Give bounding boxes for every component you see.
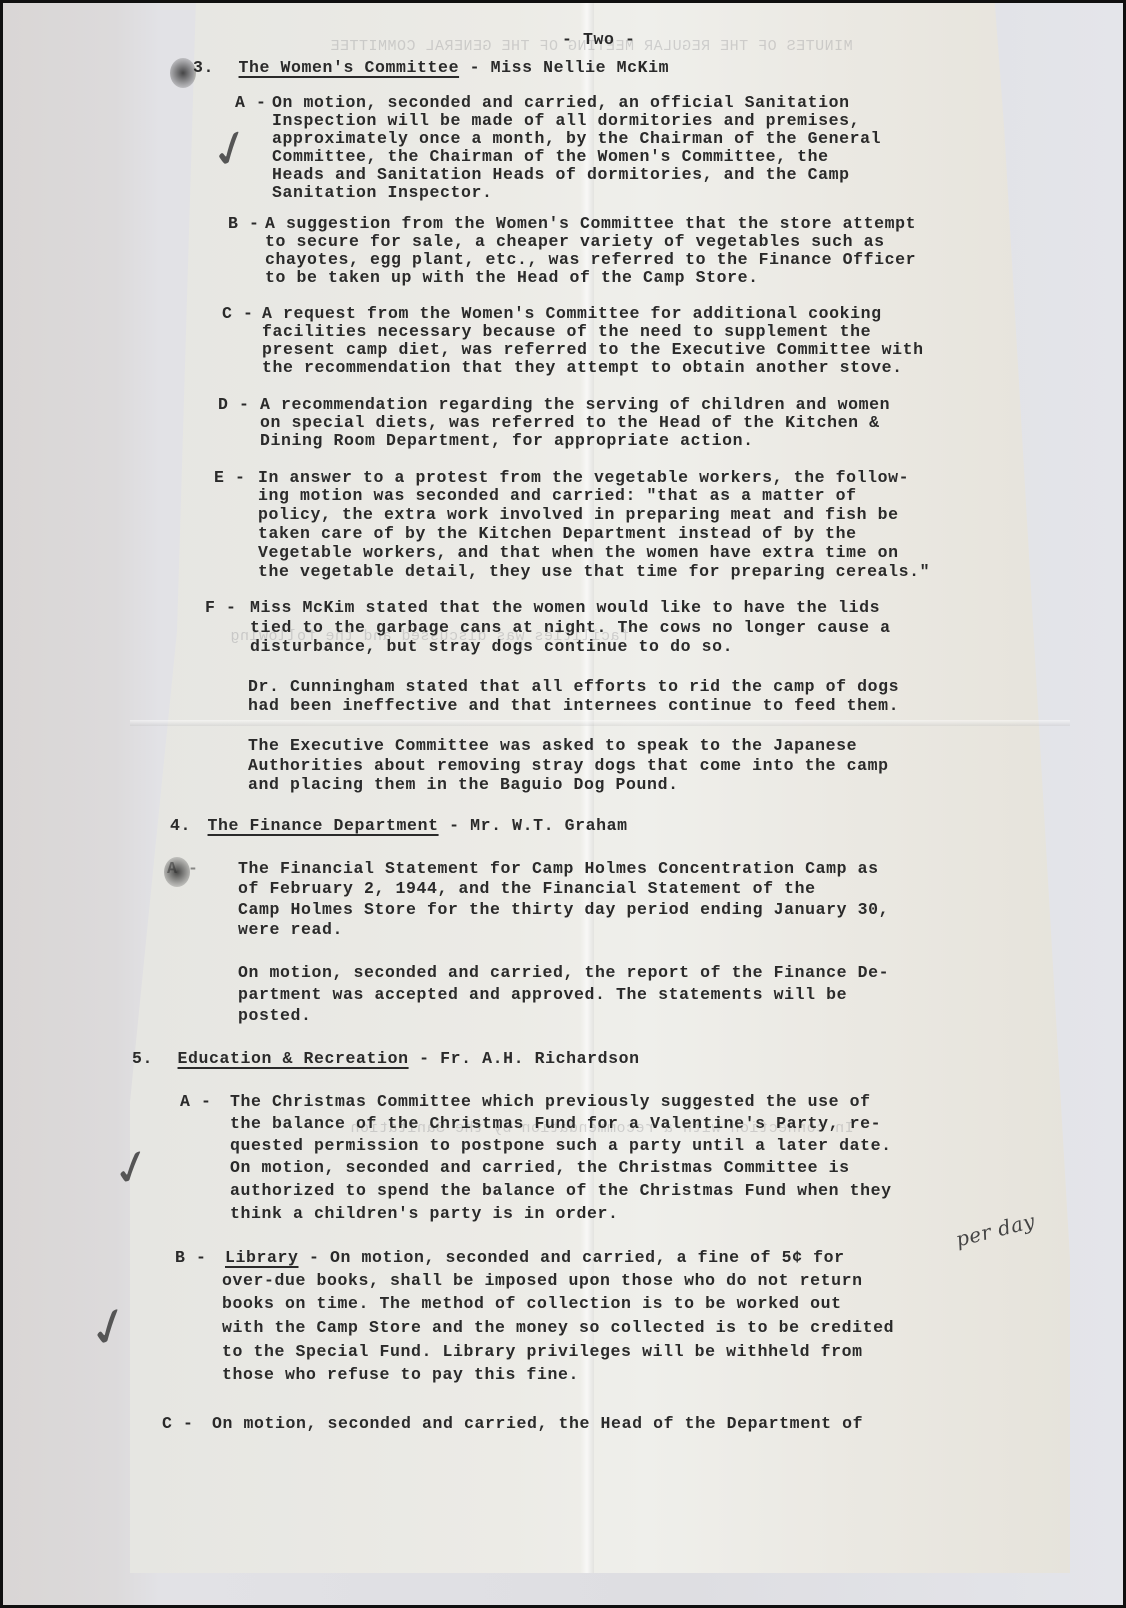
item-letter: F - [205,598,237,618]
item-line: to the Special Fund. Library privileges … [222,1342,863,1362]
handwritten-note: per day [953,1209,1037,1252]
paragraph-line: had been ineffective and that internees … [248,696,899,716]
item-letter: E - [214,468,246,488]
item-line: Library - On motion, seconded and carrie… [225,1248,845,1268]
checkmark-icon: ✓ [105,1136,159,1201]
section-presenter: - Fr. A.H. Richardson [419,1049,640,1068]
item-line: books on time. The method of collection … [222,1294,842,1314]
item-line: A recommendation regarding the serving o… [260,395,890,415]
item-line: to secure for sale, a cheaper variety of… [265,232,885,252]
item-line: facilities necessary because of the need… [262,322,871,342]
section-presenter: - Miss Nellie McKim [470,58,670,77]
document-page: - Two - 3. The Women's Committee - Miss … [0,0,1126,1608]
paragraph-line: Authorities about removing stray dogs th… [248,756,889,776]
paragraph-line: posted. [238,1006,312,1026]
item-line: ing motion was seconded and carried: "th… [258,486,857,506]
item-line: A request from the Women's Committee for… [262,304,882,324]
item-line: were read. [238,920,343,940]
item-line-text: - On motion, seconded and carried, a fin… [309,1248,845,1267]
item-line: with the Camp Store and the money so col… [222,1318,894,1338]
item-line: The Christmas Committee which previously… [230,1092,871,1112]
section-presenter: - Mr. W.T. Graham [449,816,628,835]
item-letter: C - [162,1414,194,1434]
item-line: chayotes, egg plant, etc., was referred … [265,250,916,270]
item-line: quested permission to postpone such a pa… [230,1136,892,1156]
item-line: Miss McKim stated that the women would l… [250,598,880,618]
item-line: On motion, seconded and carried, the Chr… [230,1158,850,1178]
item-letter: A - [167,859,199,879]
item-line: on special diets, was referred to the He… [260,413,880,433]
item-letter: B - [228,214,260,234]
item-line: the recommendation that they attempt to … [262,358,903,378]
checkmark-icon: ✓ [202,115,260,183]
section-heading: 3. The Women's Committee - Miss Nellie M… [193,58,669,78]
page-label: - Two - [562,30,636,50]
item-line: Inspection will be made of all dormitori… [272,111,860,131]
item-line: The Financial Statement for Camp Holmes … [238,859,879,879]
item-line: Dining Room Department, for appropriate … [260,431,754,451]
paragraph-line: The Executive Committee was asked to spe… [248,736,857,756]
item-line: approximately once a month, by the Chair… [272,129,881,149]
section-heading: 4. The Finance Department - Mr. W.T. Gra… [170,816,628,836]
item-line: to be taken up with the Head of the Camp… [265,268,759,288]
section-title: The Women's Committee [239,58,460,77]
item-line: On motion, seconded and carried, an offi… [272,93,850,113]
paragraph-line: partment was accepted and approved. The … [238,985,847,1005]
item-letter: D - [218,395,250,415]
section-number: 3. [193,58,214,77]
item-line: the balance of the Christmas Fund for a … [230,1114,881,1134]
item-line: policy, the extra work involved in prepa… [258,505,899,525]
item-line: present camp diet, was referred to the E… [262,340,924,360]
item-line: taken care of by the Kitchen Department … [258,524,857,544]
item-line: On motion, seconded and carried, the Hea… [212,1414,863,1434]
section-title: Education & Recreation [178,1049,409,1068]
item-letter: C - [222,304,254,324]
item-line: Camp Holmes Store for the thirty day per… [238,900,889,920]
section-title: The Finance Department [208,816,439,835]
item-line: authorized to spend the balance of the C… [230,1181,892,1201]
item-heading: Library [225,1248,299,1267]
item-line: the vegetable detail, they use that time… [258,562,930,582]
item-line: Heads and Sanitation Heads of dormitorie… [272,165,850,185]
item-line: over-due books, shall be imposed upon th… [222,1271,863,1291]
item-letter: B - [175,1248,207,1268]
item-line: In answer to a protest from the vegetabl… [258,468,909,488]
section-heading: 5. Education & Recreation - Fr. A.H. Ric… [132,1049,640,1069]
item-line: Vegetable workers, and that when the wom… [258,543,899,563]
section-number: 4. [170,816,191,835]
item-line: A suggestion from the Women's Committee … [265,214,916,234]
item-line: think a children's party is in order. [230,1204,619,1224]
item-letter: A - [235,93,267,113]
section-number: 5. [132,1049,153,1068]
checkmark-icon: ✓ [80,1293,141,1364]
item-line: those who refuse to pay this fine. [222,1365,579,1385]
item-line: disturbance, but stray dogs continue to … [250,637,733,657]
paragraph-line: and placing them in the Baguio Dog Pound… [248,775,679,795]
item-letter: A - [180,1092,212,1112]
item-line: Sanitation Inspector. [272,183,493,203]
item-line: Committee, the Chairman of the Women's C… [272,147,829,167]
paragraph-line: Dr. Cunningham stated that all efforts t… [248,677,899,697]
paragraph-line: On motion, seconded and carried, the rep… [238,963,889,983]
item-line: of February 2, 1944, and the Financial S… [238,879,816,899]
item-line: tied to the garbage cans at night. The c… [250,618,891,638]
